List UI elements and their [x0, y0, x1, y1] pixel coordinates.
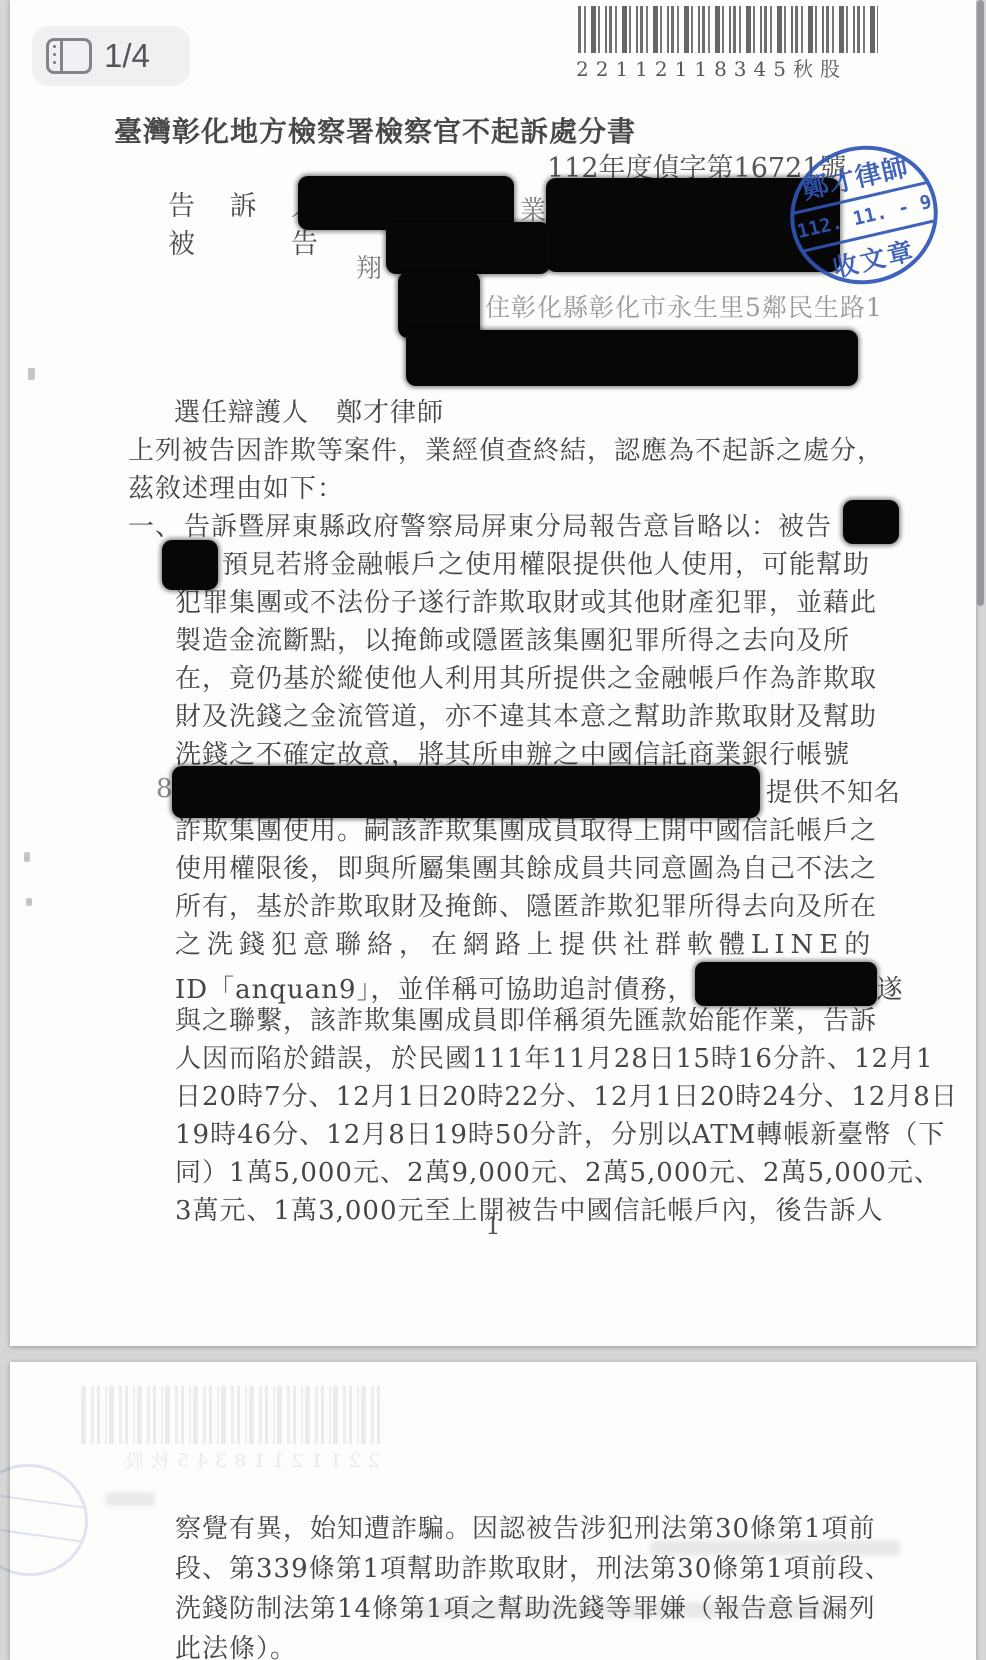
redaction-bar-account — [172, 766, 760, 818]
account-prefix-digit: 8 — [156, 774, 174, 804]
document-page-2: 22112118345秋股 察覺有異，始知遭詐騙。因認被告涉犯刑法第30條第1項… — [10, 1362, 976, 1660]
intro-line: 上列被告因詐欺等案件，業經偵查終結，認應為不起訴之處分， — [128, 430, 884, 467]
list-marker: 一、 — [128, 506, 182, 543]
body-line: 製造金流斷點，以掩飾或隱匿該集團犯罪所得之去向及所 — [175, 620, 850, 657]
redaction-bar — [386, 222, 550, 274]
body-line: 與之聯繫，該詐欺集團成員即佯稱須先匯款始能作業，告訴 — [175, 1000, 877, 1037]
document-title: 臺灣彰化地方檢察署檢察官不起訴處分書 — [114, 110, 636, 150]
redaction-bar — [843, 500, 899, 544]
redaction-bar — [398, 272, 480, 338]
body-line: 告訴暨屏東縣政府警察局屏東分局報告意旨略以：被告 — [184, 506, 832, 543]
page-indicator-button[interactable]: 1/4 — [32, 26, 190, 86]
defender-line: 選任辯護人 鄭才律師 — [174, 392, 444, 429]
showthrough-stamp — [0, 1456, 95, 1583]
body-line: 所有，基於詐欺取財及掩飾、隱匿詐欺犯罪所得去向及所在 — [175, 886, 877, 923]
complainant-label: 告 訴 人 — [168, 184, 318, 223]
body-line: 3萬元、1萬3,000元至上開被告中國信託帳戶內，後告訴人 — [175, 1190, 884, 1227]
barcode-label: 22112118345秋股 — [576, 53, 896, 82]
intro-line: 茲敘述理由如下： — [128, 468, 344, 505]
showthrough-barcode: 22112118345秋股 — [70, 1386, 380, 1473]
body-line: 使用權限後，即與所屬集團其餘成員共同意圖為自己不法之 — [175, 848, 877, 885]
redaction-bar — [162, 540, 218, 590]
address-partial-text: 住彰化縣彰化市永生里5鄰民生路1 — [485, 288, 883, 324]
body-line: 在，竟仍基於縱使他人利用其所提供之金融帳戶作為詐欺取 — [175, 658, 877, 695]
body-line: 之洗錢犯意聯絡，在網路上提供社群軟體LINE的 — [175, 924, 876, 961]
defendant-label: 被 告 — [168, 222, 318, 261]
body-line: 日20時7分、12月1日20時22分、12月1日20時24分、12月8日 — [175, 1076, 958, 1113]
barcode-image — [578, 6, 878, 53]
body-line: 提供不知名 — [766, 772, 901, 809]
page-thumbnails-icon — [46, 38, 92, 74]
scrollbar-thumb[interactable] — [977, 0, 984, 606]
body-line: 財及洗錢之金流管道，亦不違其本意之幫助詐欺取財及幫助 — [175, 696, 877, 733]
document-page-1: 22112118345秋股 臺灣彰化地方檢察署檢察官不起訴處分書 112年度偵字… — [10, 0, 976, 1346]
name-partial-char: 翔 — [356, 248, 382, 285]
redaction-bar — [406, 330, 858, 386]
body-line: 犯罪集團或不法份子遂行詐欺取財或其他財產犯罪，並藉此 — [175, 582, 877, 619]
body-line: 此法條）。 — [175, 1628, 297, 1660]
body-line: 洗錢防制法第14條第1項之幫助洗錢等罪嫌（報告意旨漏列 — [175, 1588, 876, 1625]
body-line: 預見若將金融帳戶之使用權限提供他人使用，可能幫助 — [222, 544, 870, 581]
body-line: 人因而陷於錯誤，於民國111年11月28日15時16分許、12月1 — [175, 1038, 934, 1075]
body-line: 同）1萬5,000元、2萬9,000元、2萬5,000元、2萬5,000元、 — [175, 1152, 941, 1189]
body-line: 19時46分、12月8日19時50分許，分別以ATM轉帳新臺幣（下 — [175, 1114, 945, 1151]
page-indicator-label: 1/4 — [104, 37, 150, 75]
body-line: 段、第339條第1項幫助詐欺取財，刑法第30條第1項前段、 — [175, 1548, 892, 1585]
body-line: 察覺有異，始知遭詐騙。因認被告涉犯刑法第30條第1項前 — [175, 1508, 876, 1545]
